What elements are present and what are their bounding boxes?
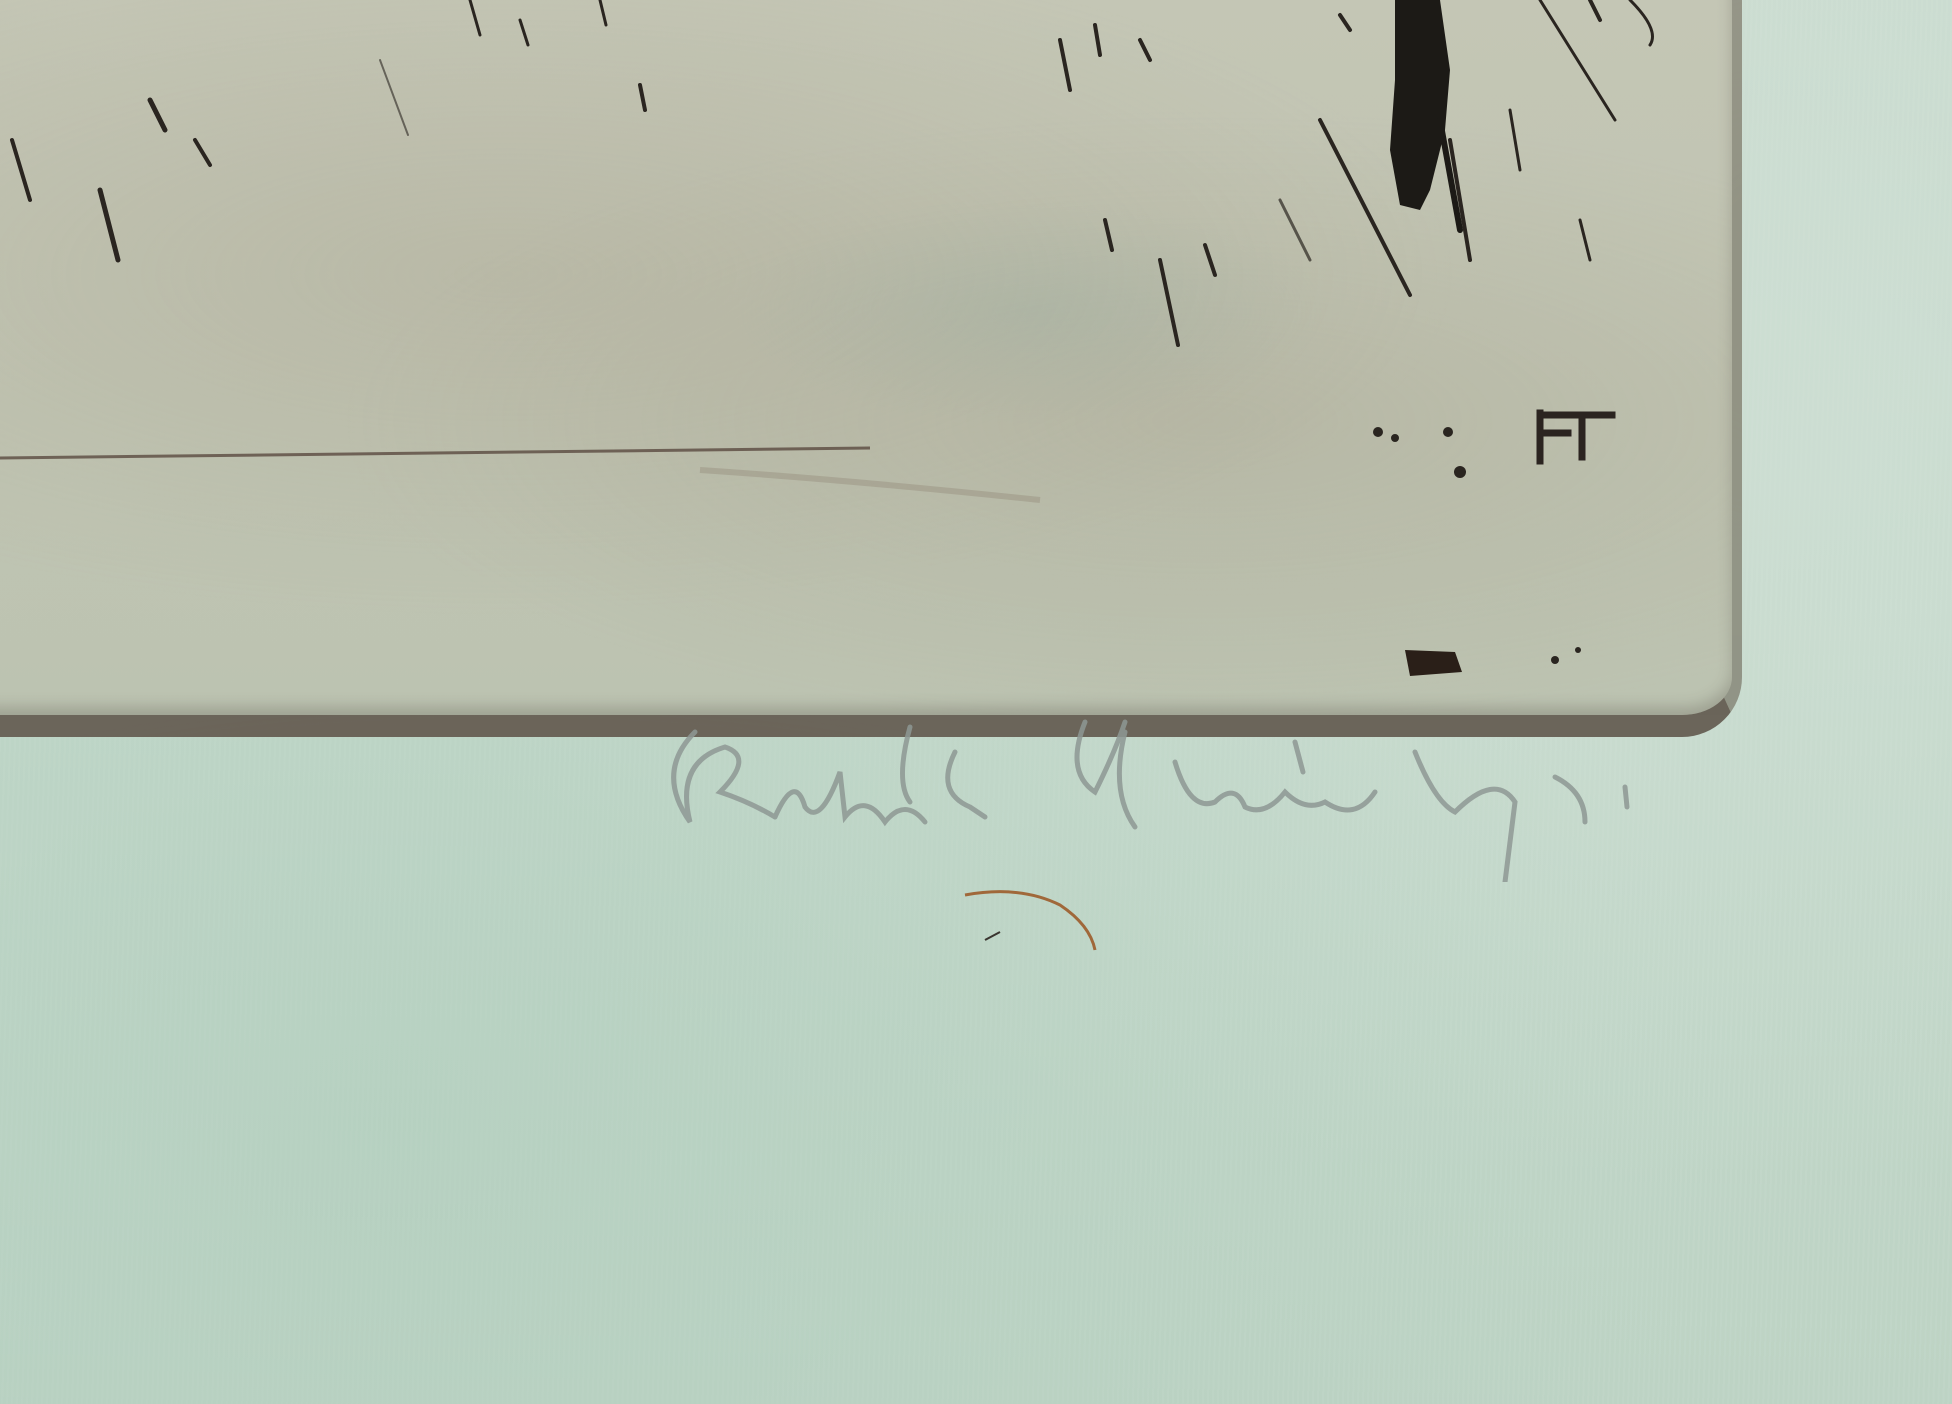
paper-fiber (960, 880, 1110, 960)
horizontal-etched-line (0, 448, 870, 458)
dark-figure-shape (1390, 0, 1450, 210)
etched-strokes (0, 0, 1952, 1404)
pencil-signature (655, 712, 1635, 882)
monogram-icon (1530, 405, 1622, 469)
